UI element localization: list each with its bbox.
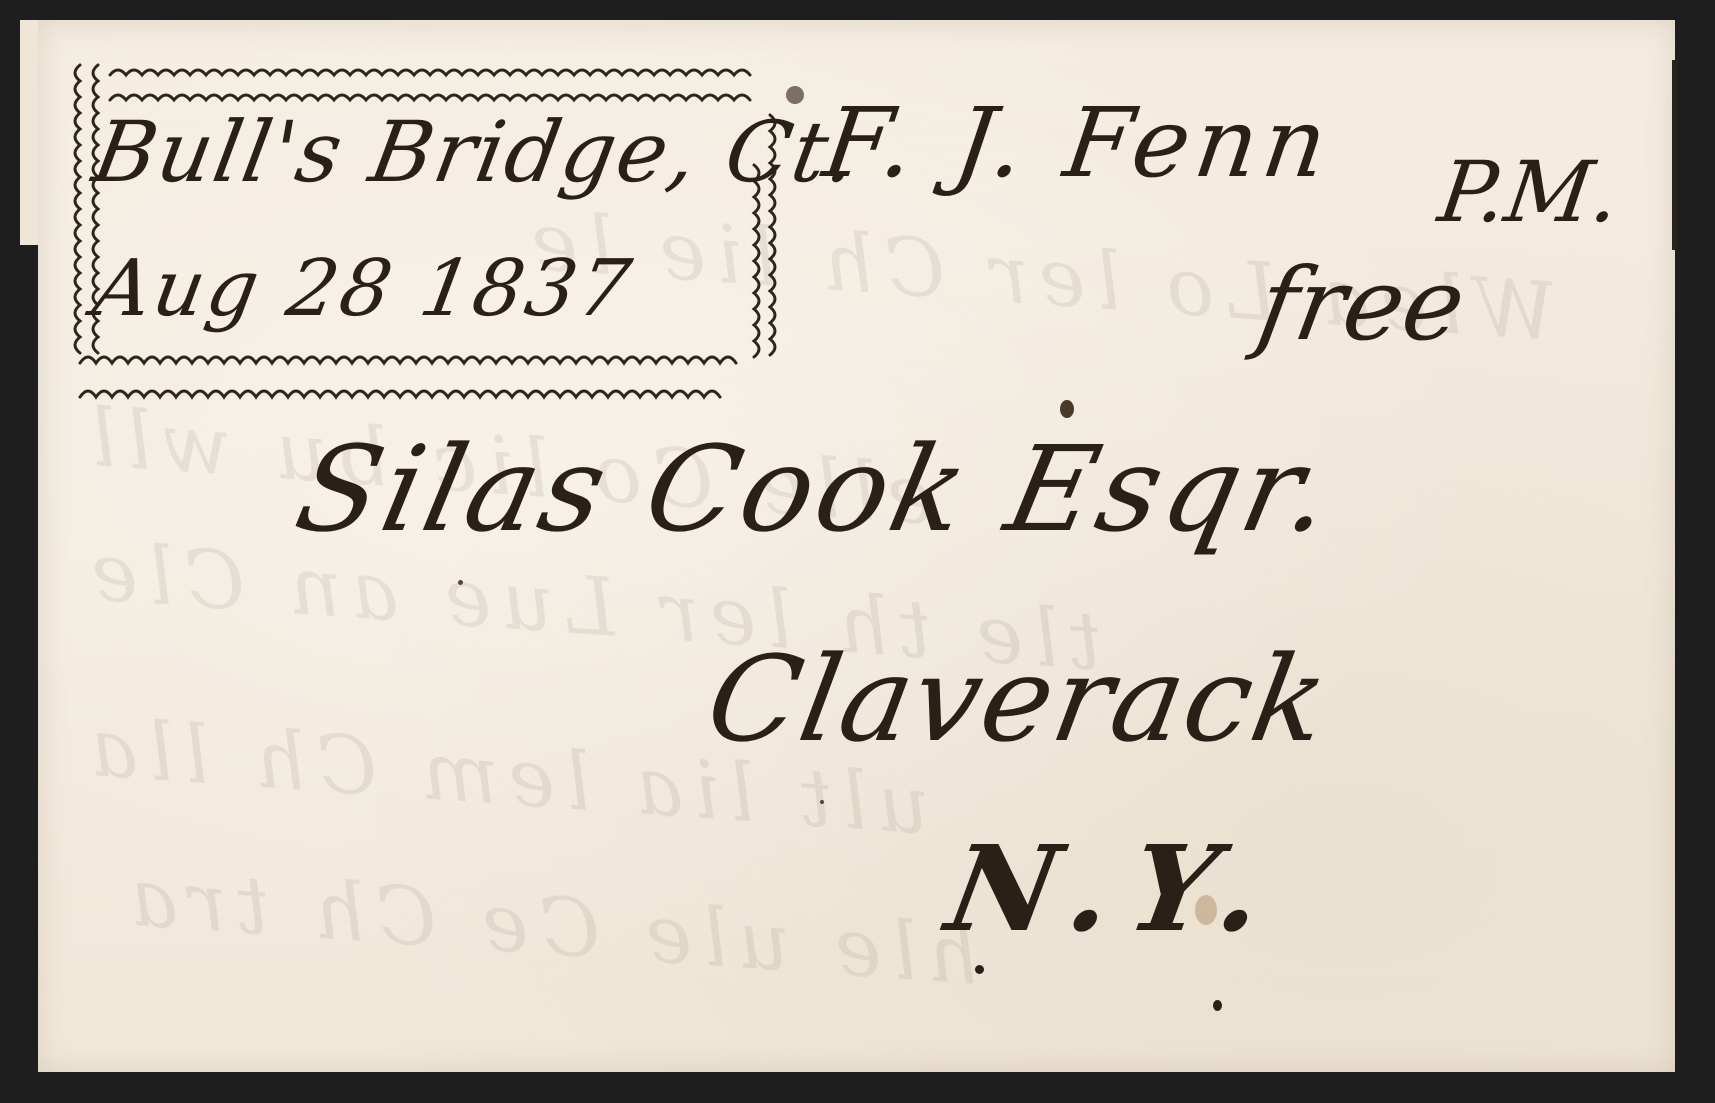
free-frank-rate: free — [1251, 255, 1472, 355]
address-town: Claverack — [700, 640, 1338, 758]
free-frank-title: P.M. — [1434, 150, 1625, 234]
postmark-date: Aug 28 1837 — [88, 250, 639, 328]
address-state: N.Y. — [940, 830, 1292, 948]
ink-dot — [820, 800, 824, 804]
ink-dot — [975, 965, 984, 974]
ink-spot — [1060, 400, 1074, 418]
ink-dot — [1213, 1000, 1222, 1011]
free-frank-signature: F. J. Fenn — [818, 95, 1338, 191]
postmark-town: Bull's Bridge, Ct. — [88, 110, 865, 194]
photo-stage: Wlea Lo ler Ch lie le elle Co lic bu wll… — [0, 0, 1715, 1103]
foxing-spot — [1195, 895, 1217, 925]
addressee-name: Silas Cook Esqr. — [287, 430, 1345, 548]
paper-right-edge-shadow — [1672, 60, 1678, 250]
ink-dot — [458, 580, 463, 585]
